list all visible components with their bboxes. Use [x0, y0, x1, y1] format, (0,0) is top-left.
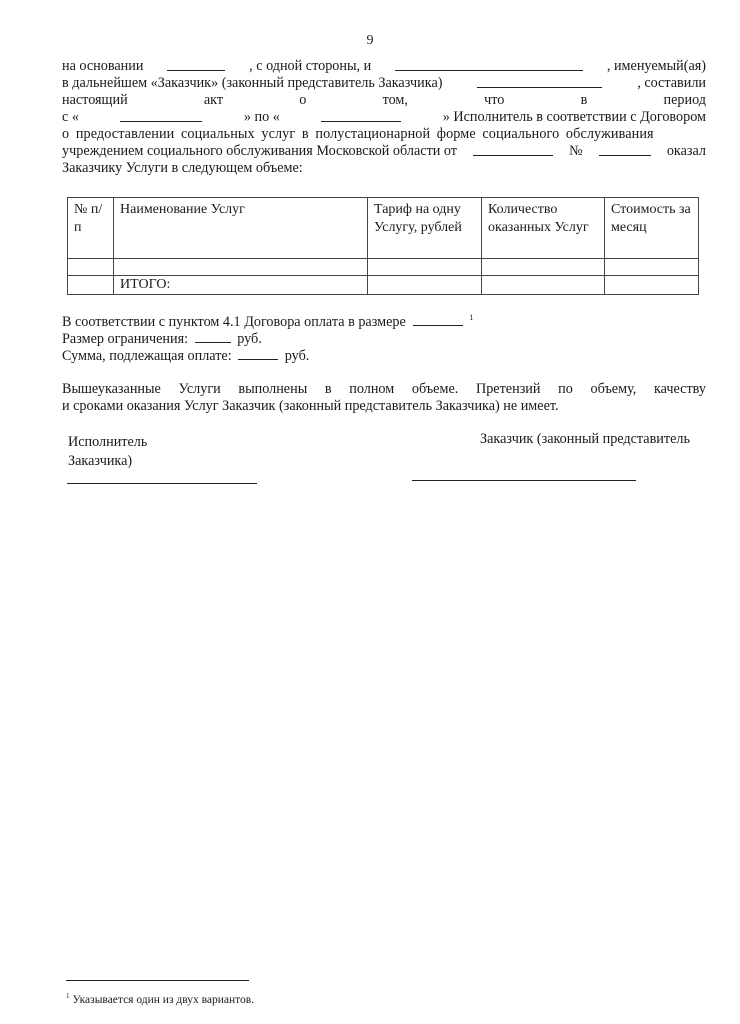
executor-label: Исполнитель: [68, 433, 147, 452]
text: оказал: [667, 143, 706, 160]
contract-date-blank[interactable]: [473, 143, 553, 156]
text: » Исполнитель в соответствии с Договором: [443, 109, 706, 126]
cell[interactable]: [68, 276, 114, 295]
text: №: [569, 143, 583, 160]
contract-number-blank[interactable]: [599, 143, 651, 156]
cell[interactable]: [368, 276, 482, 295]
period-from-blank[interactable]: [120, 109, 202, 122]
period-to-blank[interactable]: [321, 109, 401, 122]
intro-line-2: в дальнейшем «Заказчик» (законный предст…: [62, 75, 706, 92]
word: период: [664, 92, 706, 109]
payment-line-3: Сумма, подлежащая оплате: руб.: [62, 347, 706, 364]
header-service-name: Наименование Услуг: [114, 198, 368, 259]
text: в дальнейшем «Заказчик» (законный предст…: [62, 75, 442, 92]
footnote-ref: 1: [469, 313, 473, 322]
sum-blank[interactable]: [238, 347, 278, 360]
sum-label: Сумма, подлежащая оплате:: [62, 348, 232, 364]
word: в: [581, 92, 588, 109]
payment-line-2: Размер ограничения: руб.: [62, 330, 706, 347]
word: объему,: [591, 381, 637, 398]
customer-label: Заказчик (законный представитель: [480, 431, 690, 448]
statement-paragraph: Вышеуказанные Услуги выполнены в полном …: [62, 381, 706, 415]
word: настоящий: [62, 92, 128, 109]
representative-blank[interactable]: [477, 75, 602, 88]
text: , с одной стороны, и: [249, 58, 371, 75]
cell[interactable]: [605, 276, 699, 295]
word: о: [299, 92, 306, 109]
total-label: ИТОГО:: [114, 276, 368, 295]
intro-line-5: о предоставлении социальных услуг в полу…: [62, 126, 706, 143]
cell[interactable]: [482, 259, 605, 276]
table-header-row: № п/ п Наименование Услуг Тариф на одну …: [68, 198, 699, 259]
intro-paragraph: на основании , с одной стороны, и , имен…: [62, 58, 706, 177]
payment-section: В соответствии с пунктом 4.1 Договора оп…: [62, 313, 706, 364]
basis-blank[interactable]: [167, 58, 225, 71]
cell[interactable]: [114, 259, 368, 276]
intro-line-4: с « » по « » Исполнитель в соответствии …: [62, 109, 706, 126]
text: с «: [62, 109, 79, 126]
table-row: [68, 259, 699, 276]
text: на основании: [62, 58, 143, 75]
cell[interactable]: [368, 259, 482, 276]
customer-signature-block: Заказчик (законный представитель: [480, 431, 690, 448]
word: в: [325, 381, 332, 398]
page-number: 9: [0, 33, 740, 49]
word: Претензий: [476, 381, 541, 398]
unit: руб.: [285, 348, 310, 364]
executor-signature-block: Исполнитель Заказчика): [68, 433, 147, 471]
payment-line-1: В соответствии с пунктом 4.1 Договора оп…: [62, 313, 706, 330]
customer-label-continued: Заказчика): [68, 452, 147, 471]
intro-line-1: на основании , с одной стороны, и , имен…: [62, 58, 706, 75]
statement-line-1: Вышеуказанные Услуги выполнены в полном …: [62, 381, 706, 398]
footnote: 1Указывается один из двух вариантов.: [66, 992, 254, 1006]
word: выполнены: [238, 381, 307, 398]
header-quantity: Количество оказанных Услуг: [482, 198, 605, 259]
text: » по «: [244, 109, 280, 126]
word: полном: [349, 381, 394, 398]
intro-line-7: Заказчику Услуги в следующем объеме:: [62, 160, 706, 177]
text: В соответствии с пунктом 4.1 Договора оп…: [62, 314, 406, 330]
limit-label: Размер ограничения:: [62, 331, 188, 347]
word: качеству: [654, 381, 706, 398]
customer-name-blank[interactable]: [395, 58, 583, 71]
footnote-number: 1: [66, 992, 70, 1000]
text: учреждением социального обслуживания Мос…: [62, 143, 457, 160]
intro-line-3: настоящий акт о том, что в период: [62, 92, 706, 109]
header-monthly-cost: Стоимость за месяц: [605, 198, 699, 259]
word: Вышеуказанные: [62, 381, 161, 398]
statement-line-2: и сроками оказания Услуг Заказчик (закон…: [62, 398, 706, 415]
word: акт: [204, 92, 223, 109]
cell[interactable]: [482, 276, 605, 295]
footnote-text: Указывается один из двух вариантов.: [73, 994, 255, 1006]
text: , именуемый(ая): [607, 58, 706, 75]
table-total-row: ИТОГО:: [68, 276, 699, 295]
word: что: [484, 92, 504, 109]
header-tariff: Тариф на одну Услугу, рублей: [368, 198, 482, 259]
footnote-separator: [66, 980, 249, 981]
header-number: № п/ п: [68, 198, 114, 259]
services-table: № п/ п Наименование Услуг Тариф на одну …: [67, 197, 699, 295]
word: по: [558, 381, 573, 398]
text: , составили: [637, 75, 706, 92]
word: том,: [383, 92, 408, 109]
cell[interactable]: [605, 259, 699, 276]
limit-blank[interactable]: [195, 330, 231, 343]
word: Услуги: [179, 381, 221, 398]
executor-signature-line[interactable]: [67, 483, 257, 484]
word: объеме.: [412, 381, 458, 398]
customer-signature-line[interactable]: [412, 480, 636, 481]
intro-line-6: учреждением социального обслуживания Мос…: [62, 143, 706, 160]
unit: руб.: [237, 331, 262, 347]
cell[interactable]: [68, 259, 114, 276]
payment-amount-blank[interactable]: [413, 313, 463, 326]
